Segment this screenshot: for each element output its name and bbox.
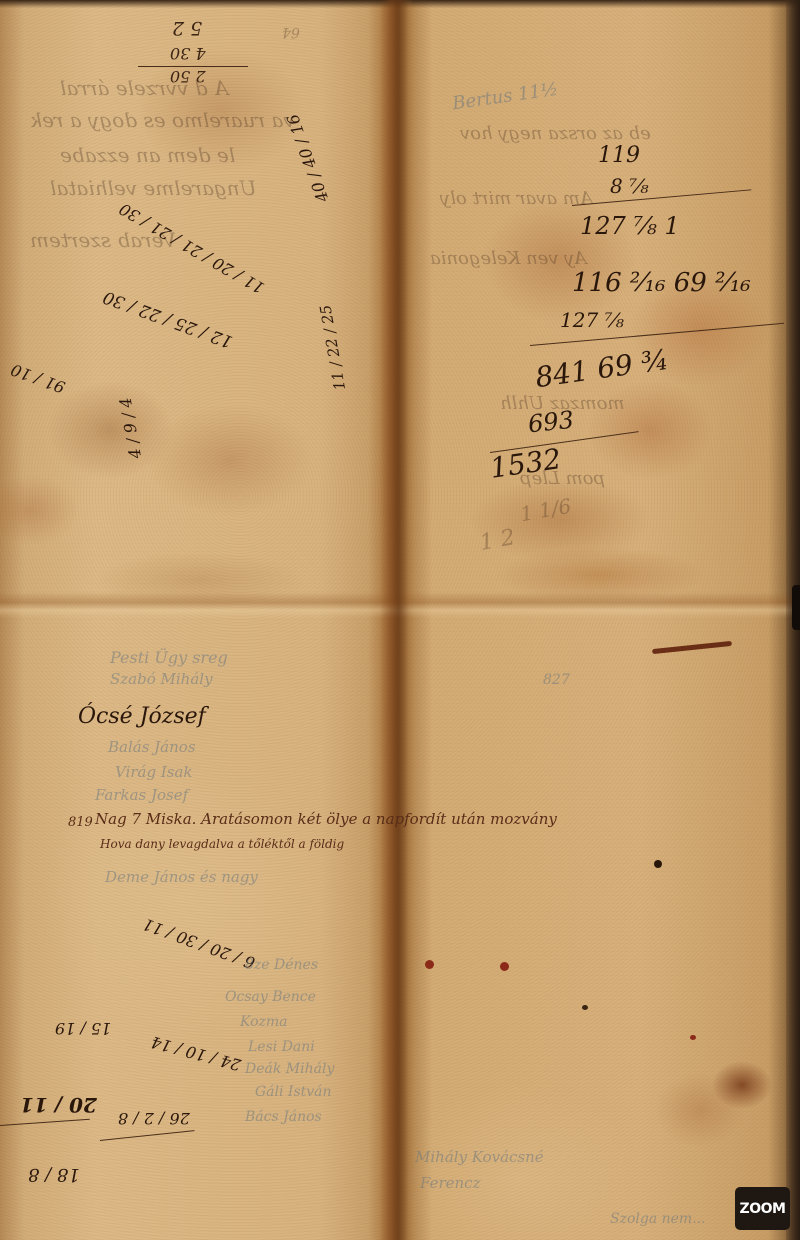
bottom-tally: 6 / 20 / 30 / 11 bbox=[141, 915, 257, 970]
tally-row: 127 ⅞ bbox=[560, 310, 624, 330]
manuscript-scan: 5 2 4 30 2 50 64 A d vvrzele árral va ru… bbox=[0, 0, 800, 1240]
zoom-watermark-logo: ZOOM bbox=[735, 1187, 790, 1230]
pencil-list-item: Kozma bbox=[240, 1015, 288, 1029]
sum-rule bbox=[572, 189, 751, 206]
pencil-note-bottom: Mihály Kovácsné bbox=[415, 1150, 544, 1165]
center-gutter-fold bbox=[380, 0, 414, 1240]
entry-line1: Nag 7 Miska. Aratásomon két ölye a napfo… bbox=[95, 812, 557, 827]
ink-spot bbox=[654, 860, 662, 868]
tally-rule bbox=[0, 1119, 90, 1126]
ink-streak bbox=[652, 641, 732, 654]
pencil-name: Virág Isak bbox=[115, 765, 193, 780]
tally-row: 1 2 bbox=[478, 527, 516, 555]
bottom-tally: 24 / 10 / 14 bbox=[150, 1033, 243, 1072]
pencil-list-item: Gáli István bbox=[255, 1085, 332, 1099]
bleed-through-text: eb az orsza negy hov bbox=[460, 125, 651, 143]
rotated-tally: 91 / 10 bbox=[9, 361, 67, 395]
tally-row: 841 69 ¾ bbox=[534, 346, 671, 392]
bleed-through-text: va ruarelmo es dogy a rek bbox=[30, 110, 295, 130]
entry-line2: Hova dany levagdalva a tőléktől a földig bbox=[100, 838, 344, 850]
bottom-tally: 18 / 8 bbox=[28, 1165, 80, 1183]
pencil-name: Deme János és nagy bbox=[105, 870, 258, 885]
rust-stain bbox=[500, 962, 509, 971]
pencil-list-item: Bács János bbox=[245, 1110, 322, 1124]
entry-number: 819 bbox=[68, 816, 93, 829]
rotated-tally: 4 / 9 / 4 bbox=[118, 396, 144, 460]
tally-row: 1 1/6 bbox=[519, 496, 573, 525]
left-top-tally-line1: 5 2 bbox=[172, 18, 202, 37]
ink-spot bbox=[582, 1005, 588, 1010]
pencil-note-bottom: Szolga nem... bbox=[610, 1212, 706, 1226]
rust-stain bbox=[690, 1035, 696, 1040]
name-heading: Ócsé József bbox=[78, 706, 206, 728]
rotated-tally: 12 / 25 / 22 / 30 bbox=[101, 287, 235, 350]
pencil-list-item: 8ze Dénes bbox=[245, 958, 318, 972]
pencil-list-item: Lesi Dani bbox=[248, 1040, 315, 1054]
tally-row: 8 ⁷⁄₈ bbox=[610, 176, 648, 196]
tally-rule bbox=[100, 1130, 195, 1141]
bleed-through-text: A d vvrzele árral bbox=[60, 78, 228, 98]
rotated-tally: 40 / 40 / 16 bbox=[285, 112, 332, 204]
pencil-list-item: Ocsay Bence bbox=[225, 990, 316, 1004]
bottom-tally: 20 / 11 bbox=[20, 1095, 97, 1115]
pencil-name: Balás János bbox=[108, 740, 196, 755]
left-top-margin-note: 64 bbox=[282, 25, 300, 39]
page-tear bbox=[792, 585, 800, 630]
pencil-note-bottom: Ferencz bbox=[420, 1176, 480, 1191]
tally-row: 127 ⅞ 1 bbox=[580, 214, 680, 238]
bottom-tally: 26 / 2 / 8 bbox=[118, 1110, 190, 1126]
left-top-tally-line2: 4 30 bbox=[170, 45, 206, 61]
pencil-name: Szabó Mihály bbox=[110, 672, 213, 687]
tally-row: 116 ²⁄₁₆ 69 ²⁄₁₆ bbox=[572, 270, 751, 296]
pencil-list-item: Deák Mihály bbox=[245, 1062, 334, 1076]
pencil-number: 827 bbox=[543, 673, 570, 687]
pencil-note: Pesti Ügy sreg bbox=[110, 650, 228, 666]
magnifier-icon zoom-logo-label: ZOOM bbox=[740, 1201, 786, 1217]
tally-row: 693 bbox=[527, 408, 575, 437]
pencil-heading: Bertus 11½ bbox=[451, 81, 559, 114]
tally-row: 119 bbox=[598, 145, 640, 167]
rotated-tally: 11 / 22 / 25 bbox=[318, 304, 348, 392]
bottom-tally: 15 / 19 bbox=[55, 1020, 111, 1036]
bleed-through-text: Ay ven Kelegonia bbox=[430, 250, 587, 268]
bleed-through-text: le dem an ezzabe bbox=[60, 145, 235, 165]
pencil-name: Farkas Josef bbox=[95, 788, 188, 803]
bleed-through-text: Am avar mirt oly bbox=[440, 190, 593, 208]
rust-stain bbox=[425, 960, 434, 969]
bleed-through-text: Ungarelme velhiatal bbox=[50, 178, 257, 198]
